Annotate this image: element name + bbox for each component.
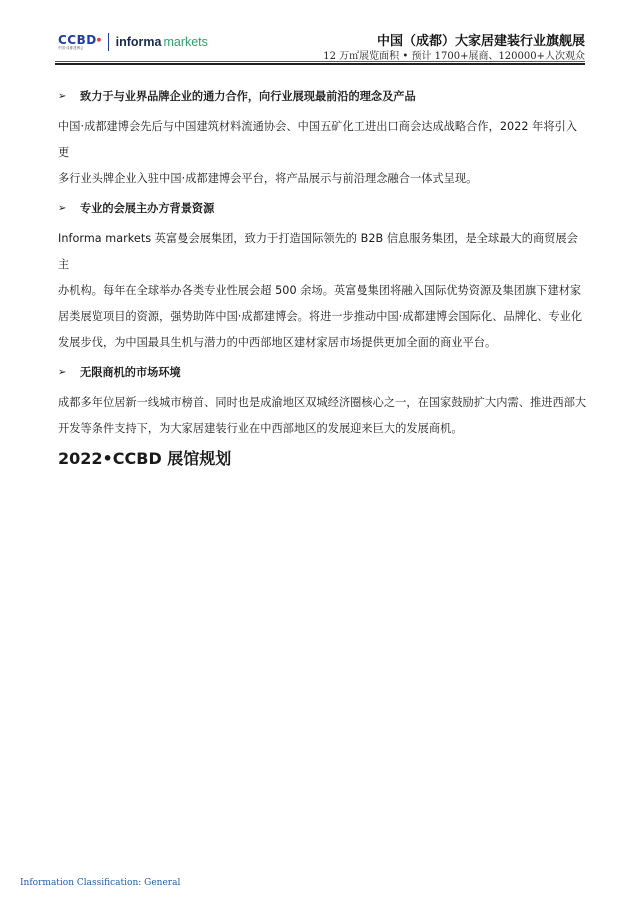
section-partnership: ➢ 致力于与业界品牌企业的通力合作，向行业展现最前沿的理念及产品 中国·成都建博…: [58, 88, 588, 192]
section-heading: ➢ 致力于与业界品牌企业的通力合作，向行业展现最前沿的理念及产品: [58, 88, 588, 104]
header-title: 中国（成都）大家居建装行业旗舰展: [323, 34, 585, 50]
paragraph-line: 开发等条件支持下，为大家居建装行业在中西部地区的发展迎来巨大的发展商机。: [58, 416, 588, 442]
paragraph-line: 成都多年位居新一线城市榜首、同时也是成渝地区双城经济圈核心之一，在国家鼓励扩大内…: [58, 390, 588, 416]
paragraph-line: 多行业头牌企业入驻中国·成都建博会平台，将产品展示与前沿理念融合一体式呈现。: [58, 166, 588, 192]
ccbd-logo-text: CCBD: [58, 33, 97, 47]
logo-divider: [108, 33, 109, 51]
arrow-bullet-icon: ➢: [58, 203, 80, 214]
paragraph-line: 居类展览项目的资源，强势助阵中国·成都建博会。将进一步推动中国·成都建博会国际化…: [58, 304, 588, 330]
section-heading: ➢ 无限商机的市场环境: [58, 364, 588, 380]
markets-logo-text: markets: [163, 35, 207, 49]
paragraph-line: 发展步伐，为中国最具生机与潜力的中西部地区建材家居市场提供更加全面的商业平台。: [58, 330, 588, 356]
ccbd-logo-subtext: 中国·成都建博会: [58, 46, 102, 51]
header-rule-thick: [55, 63, 585, 65]
paragraph-line: 办机构。每年在全球举办各类专业性展会超 500 余场。英富曼集团将融入国际优势资…: [58, 278, 588, 304]
header-rule-thin: [55, 61, 585, 62]
section-heading-text: 无限商机的市场环境: [80, 364, 181, 380]
page-header: CCBD● 中国·成都建博会 informa markets 中国（成都）大家居…: [55, 30, 585, 62]
section-title: 2022•CCBD 展馆规划: [58, 446, 588, 469]
footer-classification: Information Classification: General: [20, 878, 180, 888]
logo-group: CCBD● 中国·成都建博会 informa markets: [58, 33, 208, 51]
informa-logo-text: informa: [116, 35, 162, 49]
logo-dot-icon: ●: [97, 37, 102, 43]
document-body: ➢ 致力于与业界品牌企业的通力合作，向行业展现最前沿的理念及产品 中国·成都建博…: [58, 88, 588, 469]
paragraph-line: Informa markets 英富曼会展集团，致力于打造国际领先的 B2B 信…: [58, 226, 588, 278]
arrow-bullet-icon: ➢: [58, 91, 80, 102]
section-heading-text: 专业的会展主办方背景资源: [80, 200, 214, 216]
ccbd-logo: CCBD● 中国·成都建博会: [58, 34, 102, 51]
arrow-bullet-icon: ➢: [58, 367, 80, 378]
paragraph-line: 中国·成都建博会先后与中国建筑材料流通协会、中国五矿化工进出口商会达成战略合作，…: [58, 114, 588, 166]
section-heading: ➢ 专业的会展主办方背景资源: [58, 200, 588, 216]
header-info: 中国（成都）大家居建装行业旗舰展 12 万㎡展览面积 • 预计 1700+展商、…: [323, 34, 585, 64]
section-heading-text: 致力于与业界品牌企业的通力合作，向行业展现最前沿的理念及产品: [80, 88, 416, 104]
section-organizer: ➢ 专业的会展主办方背景资源 Informa markets 英富曼会展集团，致…: [58, 200, 588, 356]
section-market: ➢ 无限商机的市场环境 成都多年位居新一线城市榜首、同时也是成渝地区双城经济圈核…: [58, 364, 588, 442]
